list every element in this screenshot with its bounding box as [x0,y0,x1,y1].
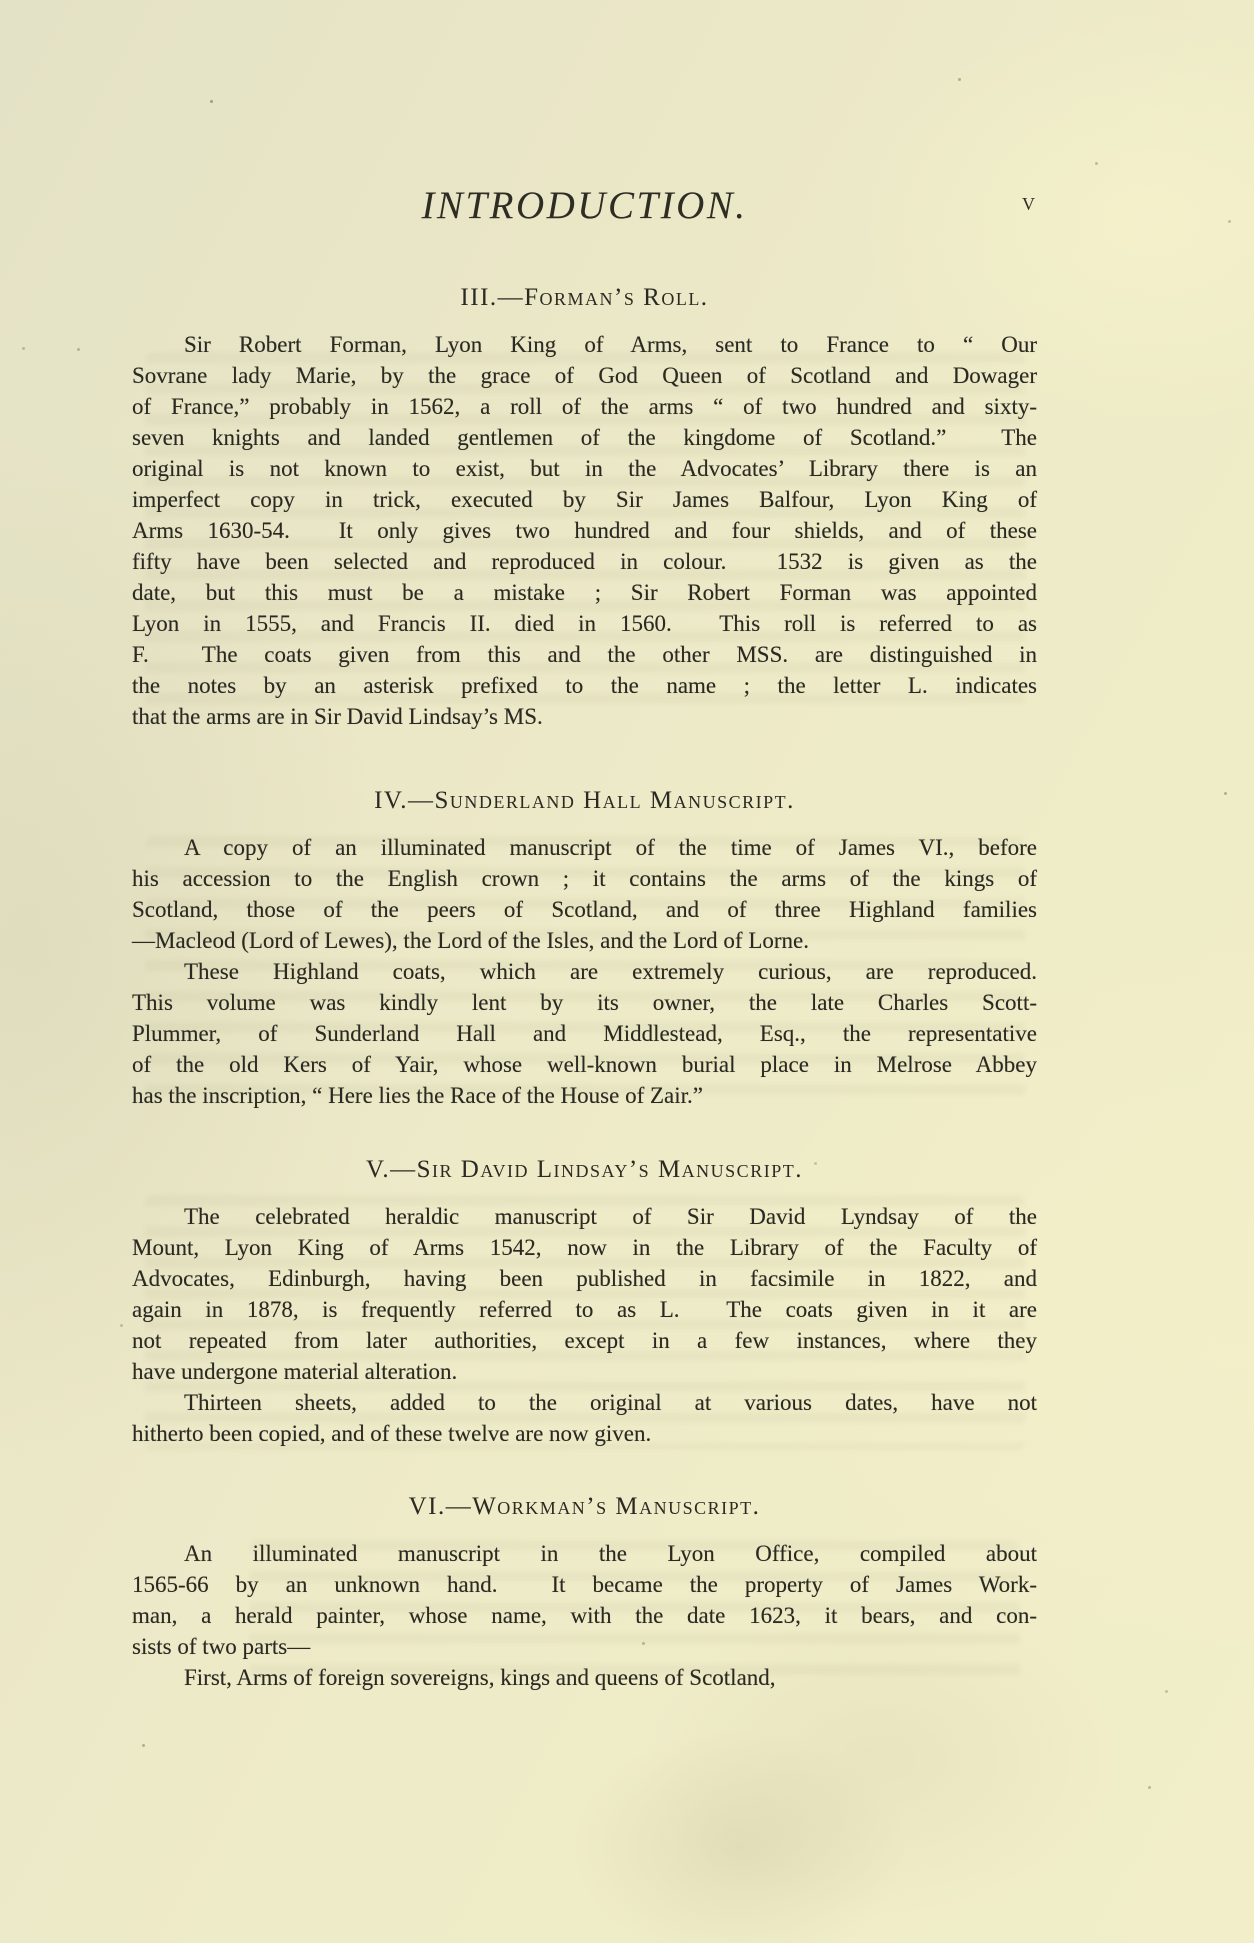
page-header: INTRODUCTION. v [132,183,1037,229]
text-line: Arms 1630-54. It only gives two hundred … [132,515,1037,546]
scanned-book-page: INTRODUCTION. v III.—Forman’s Roll.Sir R… [0,0,1254,1943]
text-line: seven knights and landed gentlemen of th… [132,422,1037,453]
text-line: have undergone material alteration. [132,1356,1037,1387]
text-line: 1565-66 by an unknown hand. It became th… [132,1569,1037,1600]
text-line: This volume was kindly lent by its owner… [132,987,1037,1018]
paragraph: Thirteen sheets, added to the original a… [132,1387,1037,1449]
text-line: First, Arms of foreign sovereigns, kings… [132,1662,1037,1693]
paragraph: The celebrated heraldic manuscript of Si… [132,1201,1037,1387]
paragraph: First, Arms of foreign sovereigns, kings… [132,1662,1037,1693]
text-line: man, a herald painter, whose name, with … [132,1600,1037,1631]
text-line: fifty have been selected and reproduced … [132,546,1037,577]
text-line: Advocates, Edinburgh, having been publis… [132,1263,1037,1294]
text-line: Thirteen sheets, added to the original a… [132,1387,1037,1418]
page-number: v [1022,189,1035,217]
text-line: A copy of an illuminated manuscript of t… [132,832,1037,863]
text-line: the notes by an asterisk prefixed to the… [132,670,1037,701]
paragraph: Sir Robert Forman, Lyon King of Arms, se… [132,329,1037,732]
text-line: —Macleod (Lord of Lewes), the Lord of th… [132,925,1037,956]
text-line: of France,” probably in 1562, a roll of … [132,391,1037,422]
text-line: An illuminated manuscript in the Lyon Of… [132,1538,1037,1569]
text-line: Lyon in 1555, and Francis II. died in 15… [132,608,1037,639]
page-title: INTRODUCTION. [132,183,1037,229]
section-heading: IV.—Sunderland Hall Manuscript. [132,786,1037,816]
text-line: again in 1878, is frequently referred to… [132,1294,1037,1325]
paragraph: An illuminated manuscript in the Lyon Of… [132,1538,1037,1662]
text-line: F. The coats given from this and the oth… [132,639,1037,670]
text-line: his accession to the English crown ; it … [132,863,1037,894]
text-line: Mount, Lyon King of Arms 1542, now in th… [132,1232,1037,1263]
text-line: that the arms are in Sir David Lindsay’s… [132,701,1037,732]
paragraph: These Highland coats, which are extremel… [132,956,1037,1111]
paragraph: A copy of an illuminated manuscript of t… [132,832,1037,956]
text-line: Scotland, those of the peers of Scotland… [132,894,1037,925]
section: V.—Sir David Lindsay’s Manuscript.The ce… [132,1155,1037,1449]
text-line: Sovrane lady Marie, by the grace of God … [132,360,1037,391]
text-line: original is not known to exist, but in t… [132,453,1037,484]
text-line: Plummer, of Sunderland Hall and Middlest… [132,1018,1037,1049]
section: IV.—Sunderland Hall Manuscript.A copy of… [132,786,1037,1111]
text-line: has the inscription, “ Here lies the Rac… [132,1080,1037,1111]
section: VI.—Workman’s Manuscript.An illuminated … [132,1492,1037,1693]
section-heading: V.—Sir David Lindsay’s Manuscript. [132,1155,1037,1185]
text-line: The celebrated heraldic manuscript of Si… [132,1201,1037,1232]
text-block: INTRODUCTION. v III.—Forman’s Roll.Sir R… [132,183,1037,1693]
text-line: of the old Kers of Yair, whose well-know… [132,1049,1037,1080]
section-heading: VI.—Workman’s Manuscript. [132,1492,1037,1522]
paper-speckles [210,100,213,103]
text-line: sists of two parts— [132,1631,1037,1662]
text-line: These Highland coats, which are extremel… [132,956,1037,987]
text-line: imperfect copy in trick, executed by Sir… [132,484,1037,515]
text-line: not repeated from later authorities, exc… [132,1325,1037,1356]
text-line: date, but this must be a mistake ; Sir R… [132,577,1037,608]
section: III.—Forman’s Roll.Sir Robert Forman, Ly… [132,283,1037,732]
text-line: Sir Robert Forman, Lyon King of Arms, se… [132,329,1037,360]
section-heading: III.—Forman’s Roll. [132,283,1037,313]
text-line: hitherto been copied, and of these twelv… [132,1418,1037,1449]
